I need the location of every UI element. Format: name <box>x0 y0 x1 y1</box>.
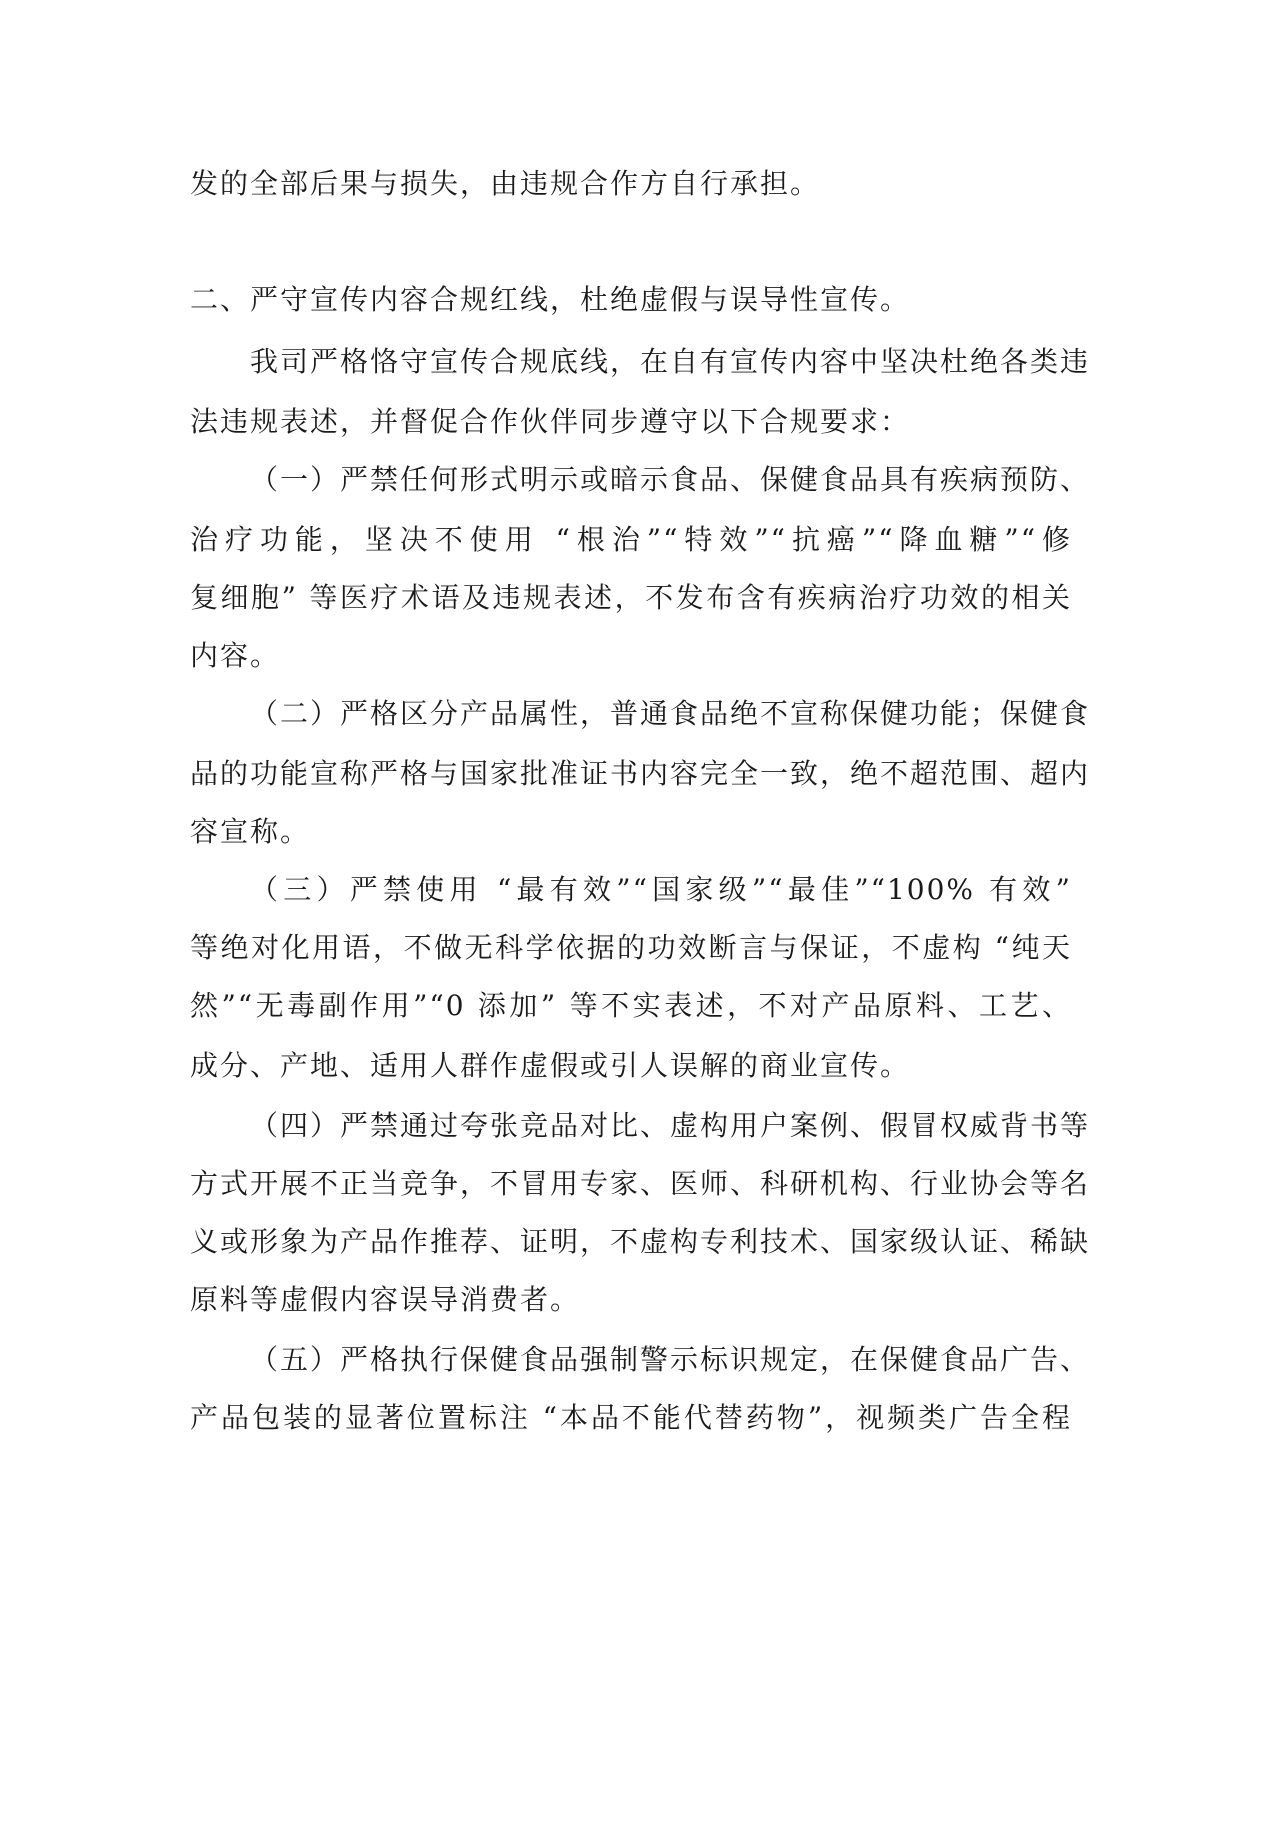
item-5-line: 产品包装的显著位置标注 “本品不能代替药物”，视频类广告全程 <box>190 1398 1072 1438</box>
item-1-line: 治疗功能，坚决不使用 “根治”“特效”“抗癌”“降血糖”“修 <box>190 520 1072 560</box>
item-3-line: （三）严禁使用 “最有效”“国家级”“最佳”“100% 有效” <box>250 870 1072 910</box>
item-4-line: （四）严禁通过夸张竞品对比、虚构用户案例、假冒权威背书等 <box>250 1106 1072 1146</box>
item-5-line: （五）严格执行保健食品强制警示标识规定，在保健食品广告、 <box>250 1340 1072 1380</box>
document-page: 发的全部后果与损失，由违规合作方自行承担。 二、严守宣传内容合规红线，杜绝虚假与… <box>0 0 1279 1835</box>
item-1-line: 复细胞” 等医疗术语及违规表述，不发布含有疾病治疗功效的相关 <box>190 578 1072 618</box>
item-3-line: 成分、产地、适用人群作虚假或引人误解的商业宣传。 <box>190 1046 910 1086</box>
item-4-line: 方式开展不正当竞争，不冒用专家、医师、科研机构、行业协会等名 <box>190 1164 1072 1204</box>
item-1-line: （一）严禁任何形式明示或暗示食品、保健食品具有疾病预防、 <box>250 460 1072 500</box>
intro-line: 我司严格恪守宣传合规底线，在自有宣传内容中坚决杜绝各类违 <box>250 342 1072 382</box>
item-4-line: 原料等虚假内容误导消费者。 <box>190 1280 580 1320</box>
section-heading: 二、严守宣传内容合规红线，杜绝虚假与误导性宣传。 <box>190 280 910 320</box>
item-2-line: 品的功能宣称严格与国家批准证书内容完全一致，绝不超范围、超内 <box>190 754 1072 794</box>
item-3-line: 然”“无毒副作用”“0 添加” 等不实表述，不对产品原料、工艺、 <box>190 986 1072 1026</box>
item-1-line: 内容。 <box>190 636 280 676</box>
intro-line: 法违规表述，并督促合作伙伴同步遵守以下合规要求： <box>190 402 910 442</box>
item-3-line: 等绝对化用语，不做无科学依据的功效断言与保证，不虚构 “纯天 <box>190 928 1072 968</box>
item-4-line: 义或形象为产品作推荐、证明，不虚构专利技术、国家级认证、稀缺 <box>190 1222 1072 1262</box>
continuation-line: 发的全部后果与损失，由违规合作方自行承担。 <box>190 164 820 204</box>
item-2-line: 容宣称。 <box>190 812 310 852</box>
item-2-line: （二）严格区分产品属性，普通食品绝不宣称保健功能；保健食 <box>250 694 1072 734</box>
